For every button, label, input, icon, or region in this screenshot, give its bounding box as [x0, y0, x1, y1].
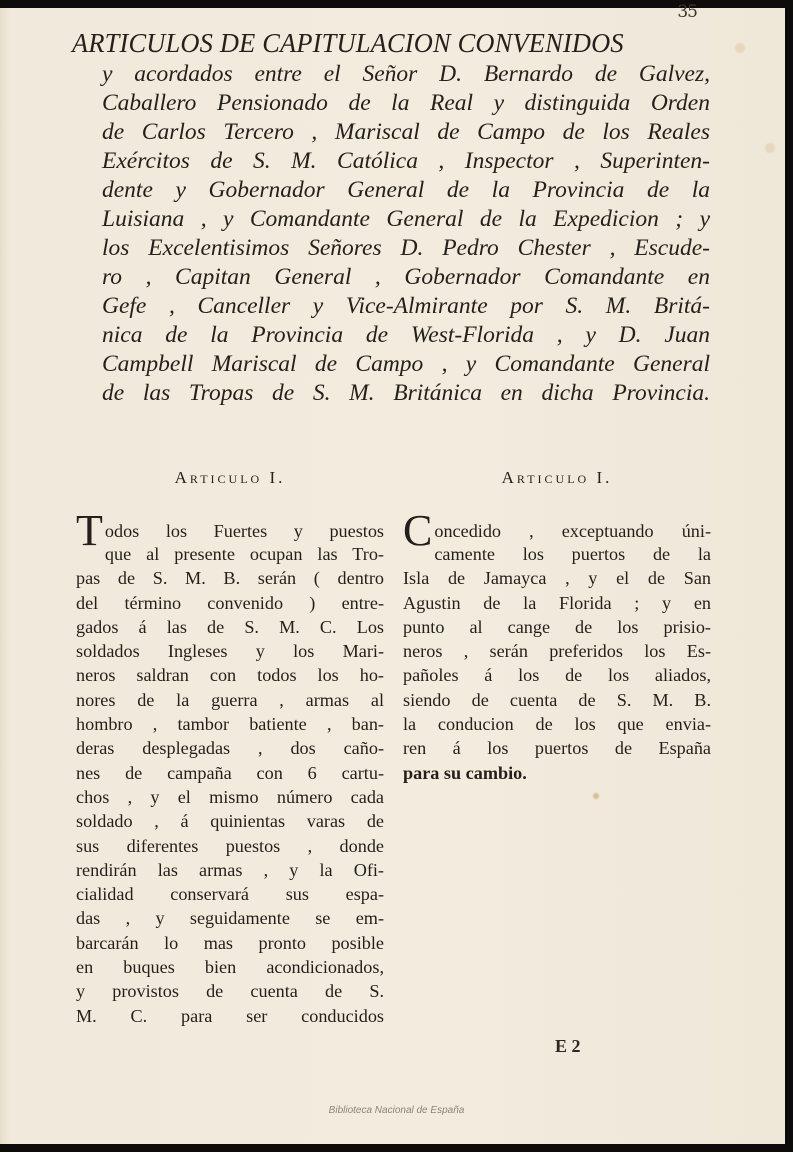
article-line: que al presente ocupan las Tro-	[76, 542, 384, 566]
article-body: T odos los Fuertes y puestos que al pres…	[76, 514, 384, 1028]
article-line: camente los puertos de la	[403, 542, 711, 566]
header-line: de las Tropas de S. M. Británica en dich…	[102, 379, 710, 408]
header-line: Caballero Pensionado de la Real y distin…	[102, 89, 710, 118]
header-line: Campbell Mariscal de Campo , y Comandant…	[102, 350, 710, 379]
article-line: punto al cange de los prisio-	[403, 615, 711, 639]
article-line: oncedido , exceptuando úni-	[403, 514, 711, 542]
article-line: Isla de Jamayca , y el de San	[403, 566, 711, 590]
header-line: de Carlos Tercero , Mariscal de Campo de…	[102, 118, 710, 147]
article-line: la conducion de los que envia-	[403, 712, 711, 736]
article-line: gados á las de S. M. C. Los	[76, 615, 384, 639]
article-line: barcarán lo mas pronto posible	[76, 931, 384, 955]
header-line: ro , Capitan General , Gobernador Comand…	[102, 263, 710, 292]
page-title: Articulos de capitulacion convenidos	[72, 26, 686, 60]
article-line: soldado , á quinientas varas de	[76, 809, 384, 833]
article-line: neros , serán preferidos los Es-	[403, 639, 711, 663]
article-line: deras desplegadas , dos caño-	[76, 736, 384, 760]
article-line: odos los Fuertes y puestos	[76, 514, 384, 542]
article-line: das , y seguidamente se em-	[76, 906, 384, 930]
article-line: neros saldran con todos los ho-	[76, 663, 384, 687]
library-watermark: Biblioteca Nacional de España	[0, 1105, 793, 1116]
header-line: Luisiana , y Comandante General de la Ex…	[102, 205, 710, 234]
article-line: rendirán las armas , y la Ofi-	[76, 858, 384, 882]
left-column-article: Articulo I. T odos los Fuertes y puestos…	[76, 468, 384, 1028]
header-line: los Excelentisimos Señores D. Pedro Ches…	[102, 234, 710, 263]
document-page: 35 Articulos de capitulacion convenidos …	[0, 8, 785, 1144]
page-number: 35	[677, 2, 697, 22]
article-line: hombro , tambor batiente , ban-	[76, 712, 384, 736]
right-column-article: Articulo I. C oncedido , exceptuando úni…	[403, 468, 711, 785]
article-line: pañoles á los de los aliados,	[403, 663, 711, 687]
article-line: nes de campaña con 6 cartu-	[76, 761, 384, 785]
article-line: para su cambio.	[403, 761, 711, 785]
drop-cap: T	[76, 516, 103, 546]
article-line: del término convenido ) entre-	[76, 591, 384, 615]
article-line: en buques bien acondicionados,	[76, 955, 384, 979]
article-line: ren á los puertos de España	[403, 736, 711, 760]
header-line: dente y Gobernador General de la Provinc…	[102, 176, 710, 205]
drop-cap: C	[403, 516, 432, 546]
article-line: cialidad conservará sus espa-	[76, 882, 384, 906]
article-body: C oncedido , exceptuando úni- camente lo…	[403, 514, 711, 785]
article-line: M. C. para ser conducidos	[76, 1004, 384, 1028]
article-line: nores de la guerra , armas al	[76, 688, 384, 712]
article-line: sus diferentes puestos , donde	[76, 834, 384, 858]
article-line: soldados Ingleses y los Mari-	[76, 639, 384, 663]
header-line: Exércitos de S. M. Católica , Inspector …	[102, 147, 710, 176]
header-line: nica de la Provincia de West-Florida , y…	[102, 321, 710, 350]
article-line: Agustin de la Florida ; y en	[403, 591, 711, 615]
article-heading: Articulo I.	[403, 468, 711, 492]
header-paragraph: y acordados entre el Señor D. Bernardo d…	[102, 60, 710, 408]
article-heading: Articulo I.	[76, 468, 384, 492]
header-section: Articulos de capitulacion convenidos y a…	[72, 26, 712, 408]
article-line: siendo de cuenta de S. M. B.	[403, 688, 711, 712]
article-line: y provistos de cuenta de S.	[76, 979, 384, 1003]
header-line: Gefe , Canceller y Vice-Almirante por S.…	[102, 292, 710, 321]
article-line: pas de S. M. B. serán ( dentro	[76, 566, 384, 590]
header-line: y acordados entre el Señor D. Bernardo d…	[102, 60, 710, 89]
catchword-signature: E 2	[555, 1036, 581, 1057]
article-line: chos , y el mismo número cada	[76, 785, 384, 809]
